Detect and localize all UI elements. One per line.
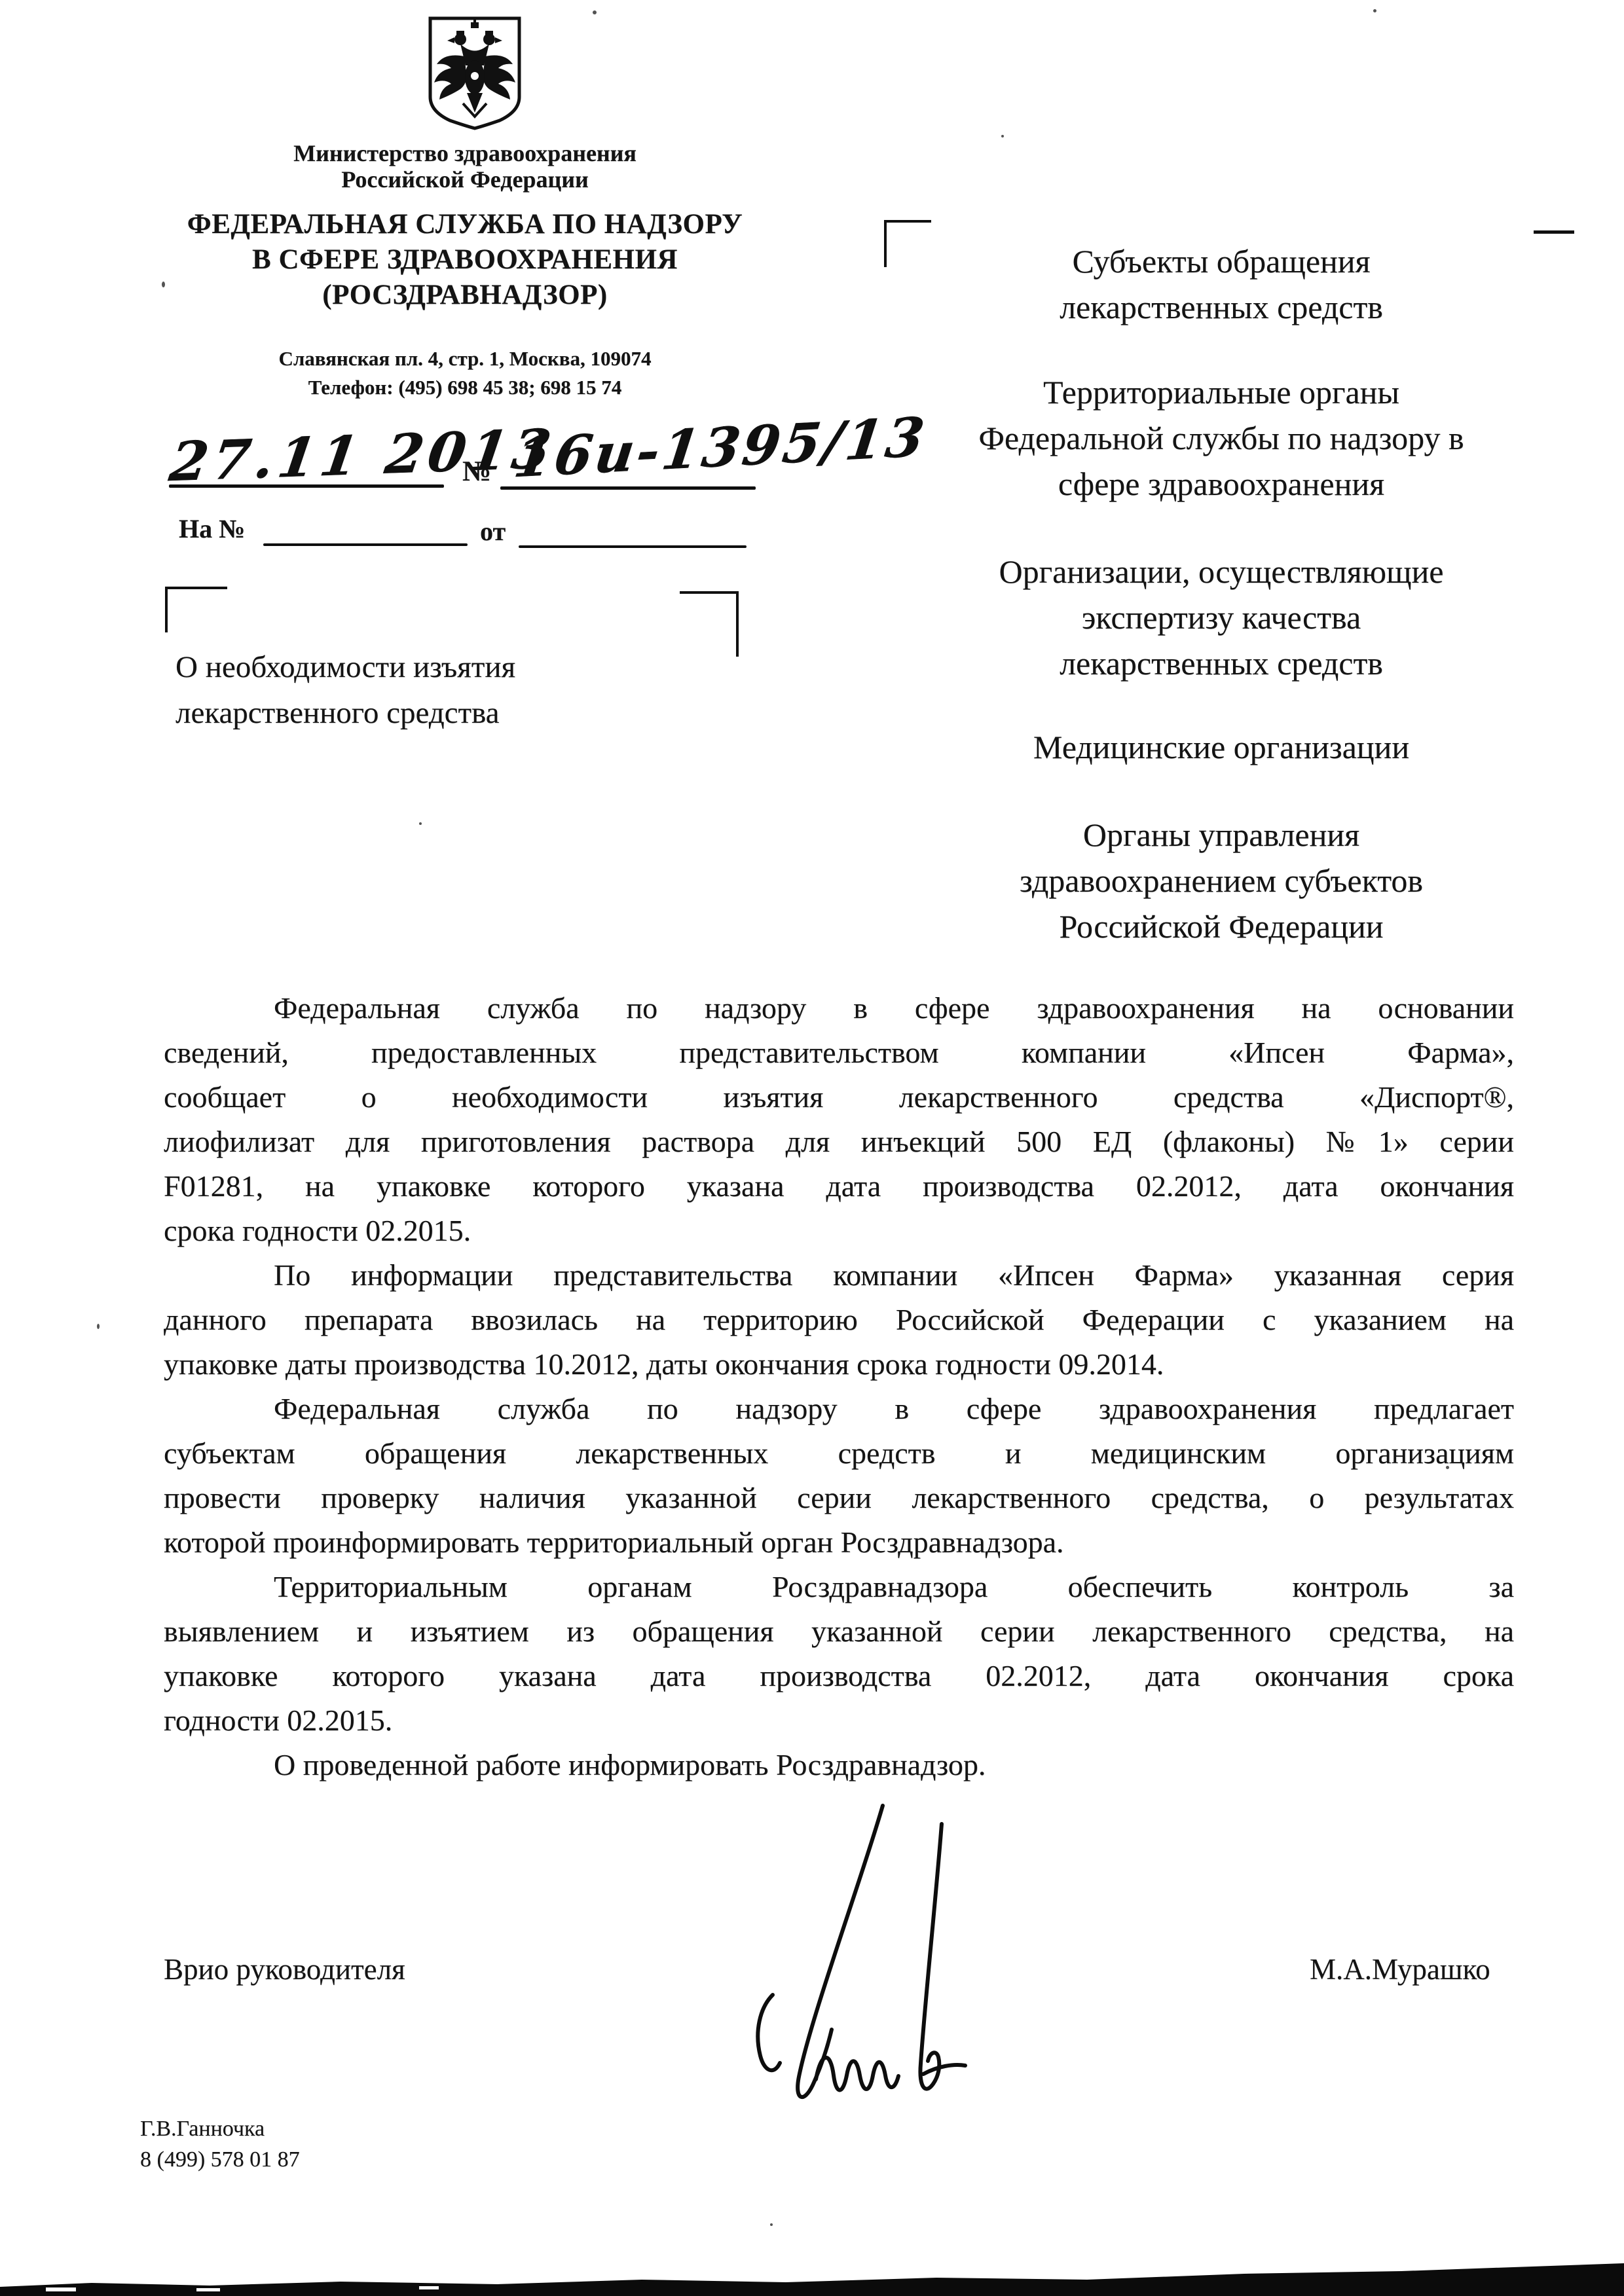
service-line3: (РОСЗДРАВНАДЗОР): [98, 278, 832, 313]
phone-line: Телефон: (495) 698 45 38; 698 15 74: [98, 374, 832, 401]
scan-speckle: [1373, 9, 1376, 12]
body-line: выявлением и изъятием из обращения указа…: [164, 1609, 1514, 1654]
recipients-corner-dash-right: [1534, 230, 1574, 234]
scan-speckle: [1001, 135, 1004, 137]
scan-artifact-bottom-strip: [0, 2258, 1624, 2296]
letter-body: Федеральная служба по надзору в сфере зд…: [164, 986, 1514, 1787]
recipient-group-drug-circulation: Субъекты обращения лекарственных средств: [923, 238, 1519, 330]
service-name: ФЕДЕРАЛЬНАЯ СЛУЖБА ПО НАДЗОРУ В СФЕРЕ ЗД…: [98, 207, 832, 313]
subject-text: О необходимости изъятия лекарственного с…: [175, 644, 765, 736]
recipient-group-territorial-bodies: Территориальные органы Федеральной служб…: [923, 369, 1519, 507]
signature-scribble-icon: [661, 1802, 1002, 2113]
body-line: которой проинформировать территориальный…: [164, 1520, 1514, 1565]
ministry-name: Министерство здравоохранения Российской …: [98, 140, 832, 192]
recipient-line: Федеральной службы по надзору в: [923, 415, 1519, 461]
body-line: По информации представительства компании…: [164, 1253, 1514, 1298]
recipient-line: сфере здравоохранения: [923, 461, 1519, 507]
ministry-line2: Российской Федерации: [98, 166, 832, 192]
reply-from-label: от: [480, 516, 506, 547]
signatory-position-title: Врио руководителя: [164, 1952, 405, 1986]
body-line: упаковке даты производства 10.2012, даты…: [164, 1342, 1514, 1387]
body-line: F01281, на упаковке которого указана дат…: [164, 1164, 1514, 1209]
body-line: упаковке которого указана дата производс…: [164, 1654, 1514, 1698]
body-line: сообщает о необходимости изъятия лекарст…: [164, 1075, 1514, 1120]
recipient-line: Российской Федерации: [923, 903, 1519, 949]
subject-corner-bracket-top: [165, 587, 227, 589]
service-line1: ФЕДЕРАЛЬНАЯ СЛУЖБА ПО НАДЗОРУ: [98, 207, 832, 242]
recipient-line: здравоохранением субъектов: [923, 858, 1519, 903]
body-line: сведений, предоставленных представительс…: [164, 1030, 1514, 1075]
service-line2: В СФЕРЕ ЗДРАВООХРАНЕНИЯ: [98, 242, 832, 278]
signatory-name: М.А.Мурашко: [1310, 1952, 1490, 1986]
body-line: данного препарата ввозилась на территори…: [164, 1298, 1514, 1342]
number-handwritten: 16и-1395/13: [511, 406, 931, 490]
reply-from-underline: [519, 545, 747, 548]
executor-phone: 8 (499) 578 01 87: [140, 2144, 300, 2175]
recipients-corner-bracket-top: [884, 220, 931, 223]
subject-line2: лекарственного средства: [175, 690, 765, 736]
scan-speckle: [593, 10, 597, 14]
number-underline: [500, 486, 756, 490]
scan-speckle: [1446, 1466, 1449, 1469]
recipient-group-health-authorities: Органы управления здравоохранением субъе…: [923, 812, 1519, 949]
subject-line1: О необходимости изъятия: [175, 644, 765, 690]
reply-number-label: На №: [179, 513, 245, 544]
address-line: Славянская пл. 4, стр. 1, Москва, 109074: [98, 346, 832, 372]
body-line: субъектам обращения лекарственных средст…: [164, 1431, 1514, 1476]
recipients-corner-bracket-left: [884, 220, 887, 267]
ministry-line1: Министерство здравоохранения: [98, 140, 832, 166]
body-line: годности 02.2015.: [164, 1698, 1514, 1743]
subject-corner-bracket-left: [165, 587, 168, 632]
body-line: О проведенной работе информировать Росзд…: [164, 1743, 1514, 1787]
date-underline: [169, 484, 444, 488]
scan-speckle: [97, 1324, 100, 1329]
body-line: Территориальным органам Росздравнадзора …: [164, 1565, 1514, 1609]
body-line: срока годности 02.2015.: [164, 1209, 1514, 1253]
recipient-line: лекарственных средств: [923, 640, 1519, 686]
recipient-line: Субъекты обращения: [923, 238, 1519, 284]
scan-speckle: [162, 282, 165, 287]
body-line: провести проверку наличия указанной сери…: [164, 1476, 1514, 1520]
coat-of-arms-icon: [422, 13, 527, 131]
number-sign: №: [462, 454, 491, 488]
body-line: лиофилизат для приготовления раствора дл…: [164, 1120, 1514, 1164]
subject-corner-bracket-top-right: [680, 591, 739, 594]
executor-name: Г.В.Ганночка: [140, 2113, 300, 2144]
date-handwritten: 27.11 2013: [166, 418, 559, 494]
scan-speckle: [419, 822, 422, 825]
scanned-letter-page: Министерство здравоохранения Российской …: [0, 0, 1624, 2296]
recipient-line: Органы управления: [923, 812, 1519, 858]
recipient-line: лекарственных средств: [923, 284, 1519, 330]
body-line: Федеральная служба по надзору в сфере зд…: [164, 1387, 1514, 1431]
recipient-group-expertise-organizations: Организации, осуществляющие экспертизу к…: [923, 549, 1519, 686]
recipient-line: Территориальные органы: [923, 369, 1519, 415]
recipient-group-medical-organizations: Медицинские организации: [923, 724, 1519, 770]
recipient-line: экспертизу качества: [923, 594, 1519, 640]
executor-block: Г.В.Ганночка 8 (499) 578 01 87: [140, 2113, 300, 2175]
body-line: Федеральная служба по надзору в сфере зд…: [164, 986, 1514, 1030]
recipient-line: Организации, осуществляющие: [923, 549, 1519, 594]
reply-number-underline: [263, 543, 468, 546]
recipient-line: Медицинские организации: [923, 724, 1519, 770]
scan-speckle: [770, 2223, 773, 2226]
